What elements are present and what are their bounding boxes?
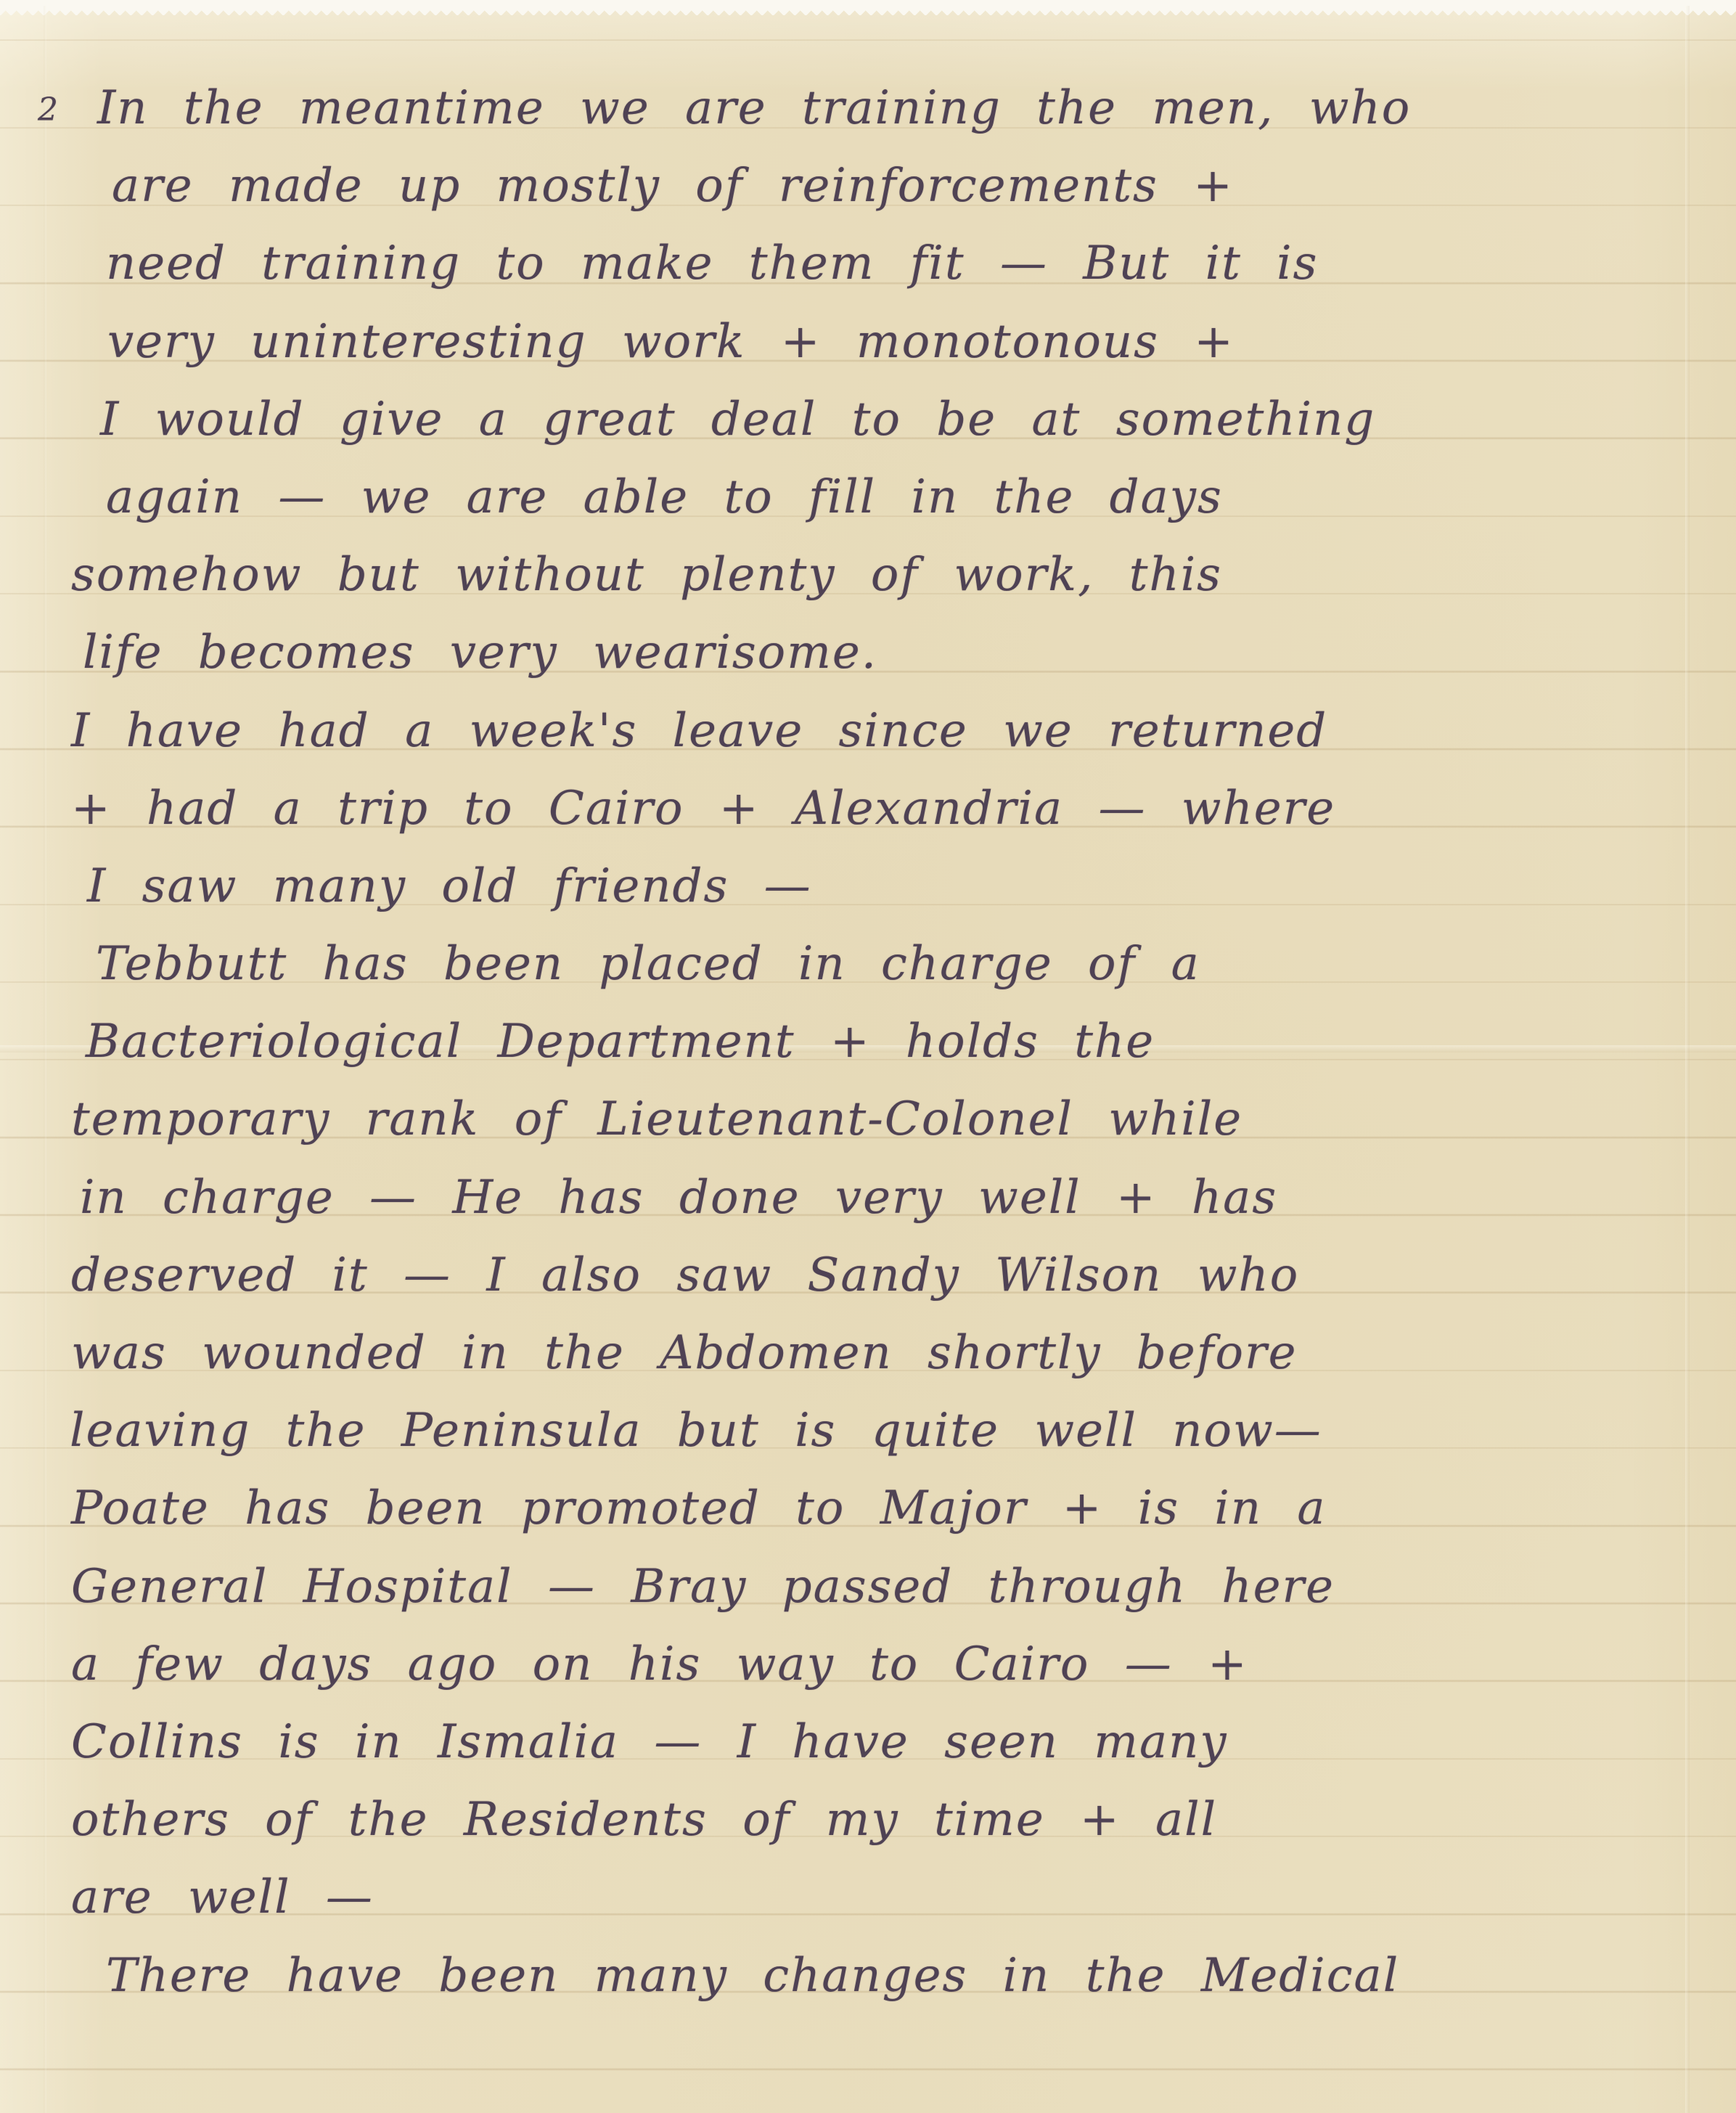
handwritten-line: Tebbutt has been placed in charge of a: [96, 925, 1721, 1003]
handwritten-line: a few days ago on his way to Cairo — +: [71, 1626, 1721, 1704]
torn-perforated-edge: [0, 6, 1736, 15]
handwritten-line: are made up mostly of reinforcements +: [112, 147, 1721, 225]
handwritten-line: I saw many old friends —: [87, 848, 1721, 925]
handwritten-line: leaving the Peninsula but is quite well …: [70, 1392, 1721, 1470]
handwritten-line: need training to make them fit — But it …: [106, 225, 1721, 303]
scanned-letter: 2 In the meantime we are training the me…: [0, 0, 1736, 2113]
handwritten-line: in charge — He has done very well + has: [80, 1159, 1721, 1237]
handwritten-line: life becomes very wearisome.: [83, 614, 1721, 692]
handwritten-line: + had a trip to Cairo + Alexandria — whe…: [71, 770, 1721, 848]
handwritten-line: others of the Residents of my time + all: [71, 1781, 1721, 1859]
handwritten-line: again — we are able to fill in the days: [106, 459, 1721, 536]
handwritten-line: Poate has been promoted to Major + is in…: [71, 1470, 1721, 1548]
handwriting-block: In the meantime we are training the men,…: [71, 70, 1721, 2015]
handwritten-line: somehow but without plenty of work, this: [71, 536, 1721, 614]
page-number: 2: [38, 91, 58, 128]
letter-page: 2 In the meantime we are training the me…: [0, 6, 1736, 2113]
handwritten-line: There have been many changes in the Medi…: [106, 1937, 1721, 2015]
handwritten-line: I would give a great deal to be at somet…: [100, 381, 1721, 459]
handwritten-line: very uninteresting work + monotonous +: [107, 303, 1721, 381]
handwritten-line: In the meantime we are training the men,…: [97, 70, 1721, 147]
left-margin-crease: [44, 6, 46, 2113]
handwritten-line: was wounded in the Abdomen shortly befor…: [71, 1315, 1721, 1392]
handwritten-line: Bacteriological Department + holds the: [86, 1003, 1721, 1081]
handwritten-line: Collins is in Ismalia — I have seen many: [71, 1704, 1721, 1781]
handwritten-line: deserved it — I also saw Sandy Wilson wh…: [71, 1237, 1721, 1315]
handwritten-line: are well —: [71, 1859, 1721, 1937]
handwritten-line: temporary rank of Lieutenant-Colonel whi…: [71, 1081, 1721, 1158]
handwritten-line: General Hospital — Bray passed through h…: [71, 1548, 1721, 1626]
handwritten-line: I have had a week's leave since we retur…: [71, 692, 1721, 770]
